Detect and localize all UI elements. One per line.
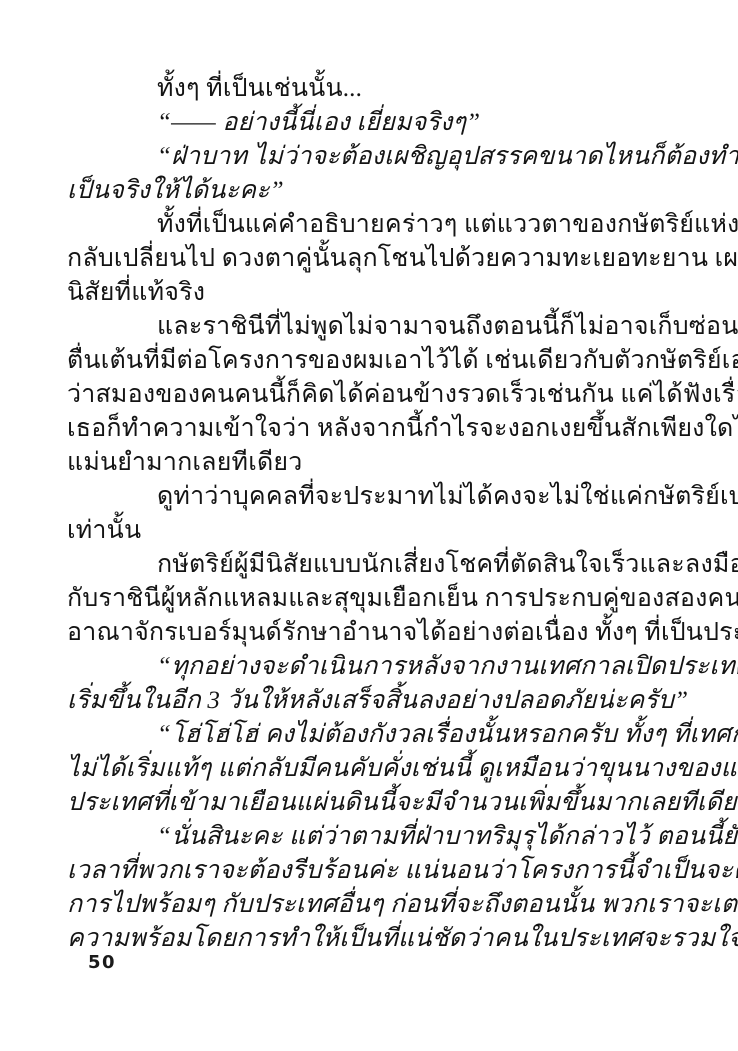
text-line: ตื่นเต้นที่มีต่อโครงการของผมเอาไว้ได้ เช…: [67, 344, 685, 378]
text-line: ดูท่าว่าบุคคลที่จะประมาทไม่ได้คงจะไม่ใช่…: [67, 480, 685, 514]
text-line: เธอก็ทำความเข้าใจว่า หลังจากนี้กำไรจะงอก…: [67, 412, 685, 446]
text-line: นิสัยที่แท้จริง: [67, 276, 685, 310]
text-line: “ทุกอย่างจะดำเนินการหลังจากงานเทศกาลเปิด…: [67, 650, 685, 684]
text-line: แม่นยำมากเลยทีเดียว: [67, 446, 685, 480]
text-line: “โฮ่โฮ่โฮ่ คงไม่ต้องกังวลเรื่องนั้นหรอกค…: [67, 718, 685, 752]
text-line: ทั้งๆ ที่เป็นเช่นนั้น...: [67, 72, 685, 106]
text-line: กลับเปลี่ยนไป ดวงตาคู่นั้นลุกโชนไปด้วยคว…: [67, 242, 685, 276]
text-line: ความพร้อมโดยการทำให้เป็นที่แน่ชัดว่าคนใน…: [67, 922, 685, 956]
page-number: 50: [88, 952, 116, 973]
text-line: เวลาที่พวกเราจะต้องรีบร้อนค่ะ แน่นอนว่าโ…: [67, 854, 685, 888]
text-line: เท่านั้น: [67, 514, 685, 548]
text-line: กษัตริย์ผู้มีนิสัยแบบนักเสี่ยงโชคที่ตัดส…: [67, 548, 685, 582]
page-background: ทั้งๆ ที่เป็นเช่นนั้น...“—— อย่างนี้นี่เ…: [0, 0, 738, 1051]
text-line: ว่าสมองของคนคนนี้ก็คิดได้ค่อนข้างรวดเร็ว…: [67, 378, 685, 412]
text-line: เริ่มขึ้นในอีก 3 วันให้หลังเสร็จสิ้นลงอย…: [67, 684, 685, 718]
text-line: “—— อย่างนี้นี่เอง เยี่ยมจริงๆ”: [67, 106, 685, 140]
text-line: เป็นจริงให้ได้นะคะ”: [67, 174, 685, 208]
text-line: การไปพร้อมๆ กับประเทศอื่นๆ ก่อนที่จะถึงต…: [67, 888, 685, 922]
text-line: ไม่ได้เริ่มแท้ๆ แต่กลับมีคนคับคั่งเช่นนี…: [67, 752, 685, 786]
text-line: กับราชินีผู้หลักแหลมและสุขุมเยือกเย็น กา…: [67, 582, 685, 616]
page-text: ทั้งๆ ที่เป็นเช่นนั้น...“—— อย่างนี้นี่เ…: [67, 72, 685, 956]
text-line: ทั้งที่เป็นแค่คำอธิบายคร่าวๆ แต่แววตาของ…: [67, 208, 685, 242]
book-page: { "page": { "number": "50" }, "content":…: [0, 0, 738, 1051]
text-line: “ฝ่าบาท ไม่ว่าจะต้องเผชิญอุปสรรคขนาดไหนก…: [67, 140, 685, 174]
text-line: และราชินีที่ไม่พูดไม่จามาจนถึงตอนนี้ก็ไม…: [67, 310, 685, 344]
text-line: ประเทศที่เข้ามาเยือนแผ่นดินนี้จะมีจำนวนเ…: [67, 786, 685, 820]
text-line: อาณาจักรเบอร์มุนด์รักษาอำนาจได้อย่างต่อเ…: [67, 616, 685, 650]
text-line: “นั่นสินะคะ แต่ว่าตามที่ฝ่าบาทริมุรุได้ก…: [67, 820, 685, 854]
